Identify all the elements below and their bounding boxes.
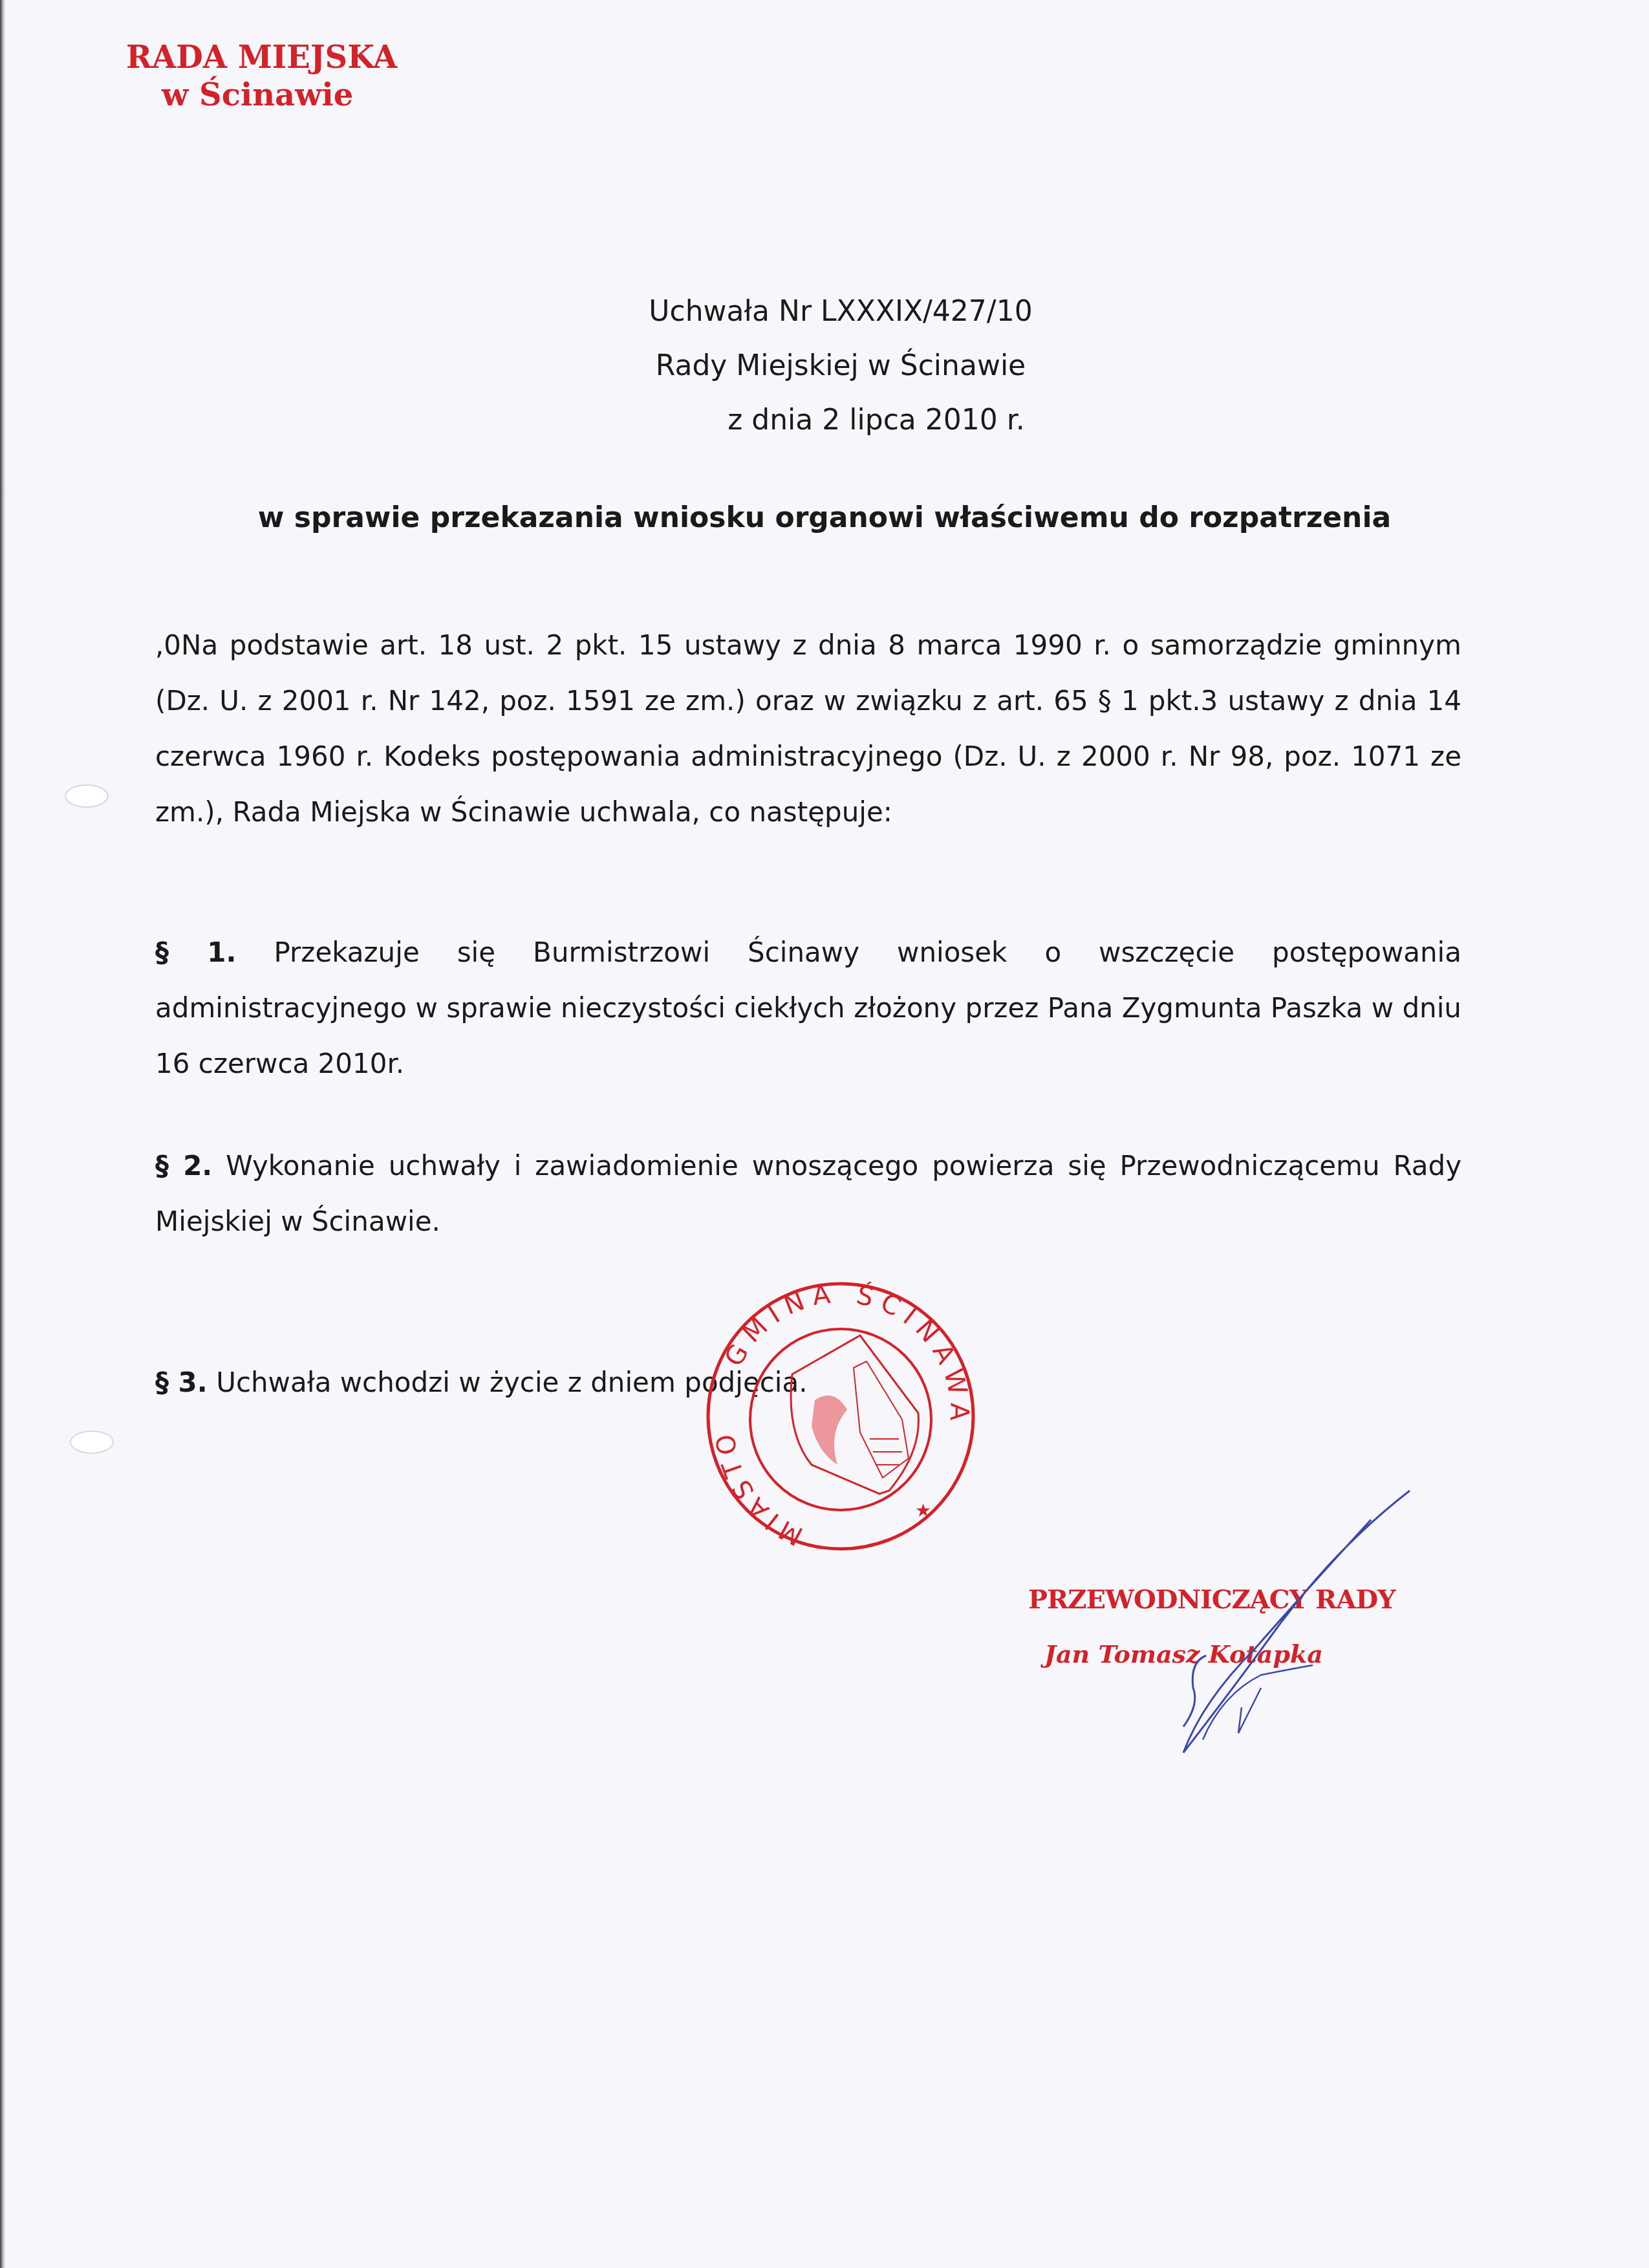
resolution-subject: w sprawie przekazania wniosku organowi w… [0,501,1649,534]
resolution-header: Uchwała Nr LXXXIX/427/10 Rady Miejskiej … [0,285,1649,448]
svg-text:★: ★ [915,1500,931,1521]
punch-hole-top [65,784,109,808]
paragraph-number: § 2. [155,1150,212,1182]
letterhead-line1: RADA MIEJSKA [126,39,397,76]
handwritten-signature-icon [1067,1481,1429,1766]
paragraph-2: § 2. Wykonanie uchwały i zawiadomienie w… [155,1138,1461,1249]
resolution-issuer: Rady Miejskiej w Ścinawie [32,339,1649,393]
paragraph-text: Przekazuje się Burmistrzowi Ścinawy wnio… [155,936,1461,1079]
svg-text:GMINA ŚCINAWA: GMINA ŚCINAWA [719,1279,975,1429]
seal-icon: GMINA ŚCINAWA MIASTO ★ [695,1271,986,1562]
paragraph-number: § 1. [155,936,236,968]
preamble: ,0Na podstawie art. 18 ust. 2 pkt. 15 us… [155,618,1461,840]
letterhead-line2: w Ścinawie [126,76,397,114]
paragraph-text: Wykonanie uchwały i zawiadomienie wnoszą… [155,1150,1461,1237]
paragraph-number: § 3. [155,1366,208,1398]
resolution-number: Uchwała Nr LXXXIX/427/10 [32,285,1649,339]
punch-hole-bottom [70,1431,114,1454]
official-seal: GMINA ŚCINAWA MIASTO ★ [695,1271,986,1562]
svg-text:MIASTO: MIASTO [710,1427,808,1551]
resolution-date: z dnia 2 lipca 2010 r. [103,393,1649,448]
paragraph-1: § 1. Przekazuje się Burmistrzowi Ścinawy… [155,925,1461,1092]
letterhead-stamp: RADA MIEJSKA w Ścinawie [126,39,397,114]
